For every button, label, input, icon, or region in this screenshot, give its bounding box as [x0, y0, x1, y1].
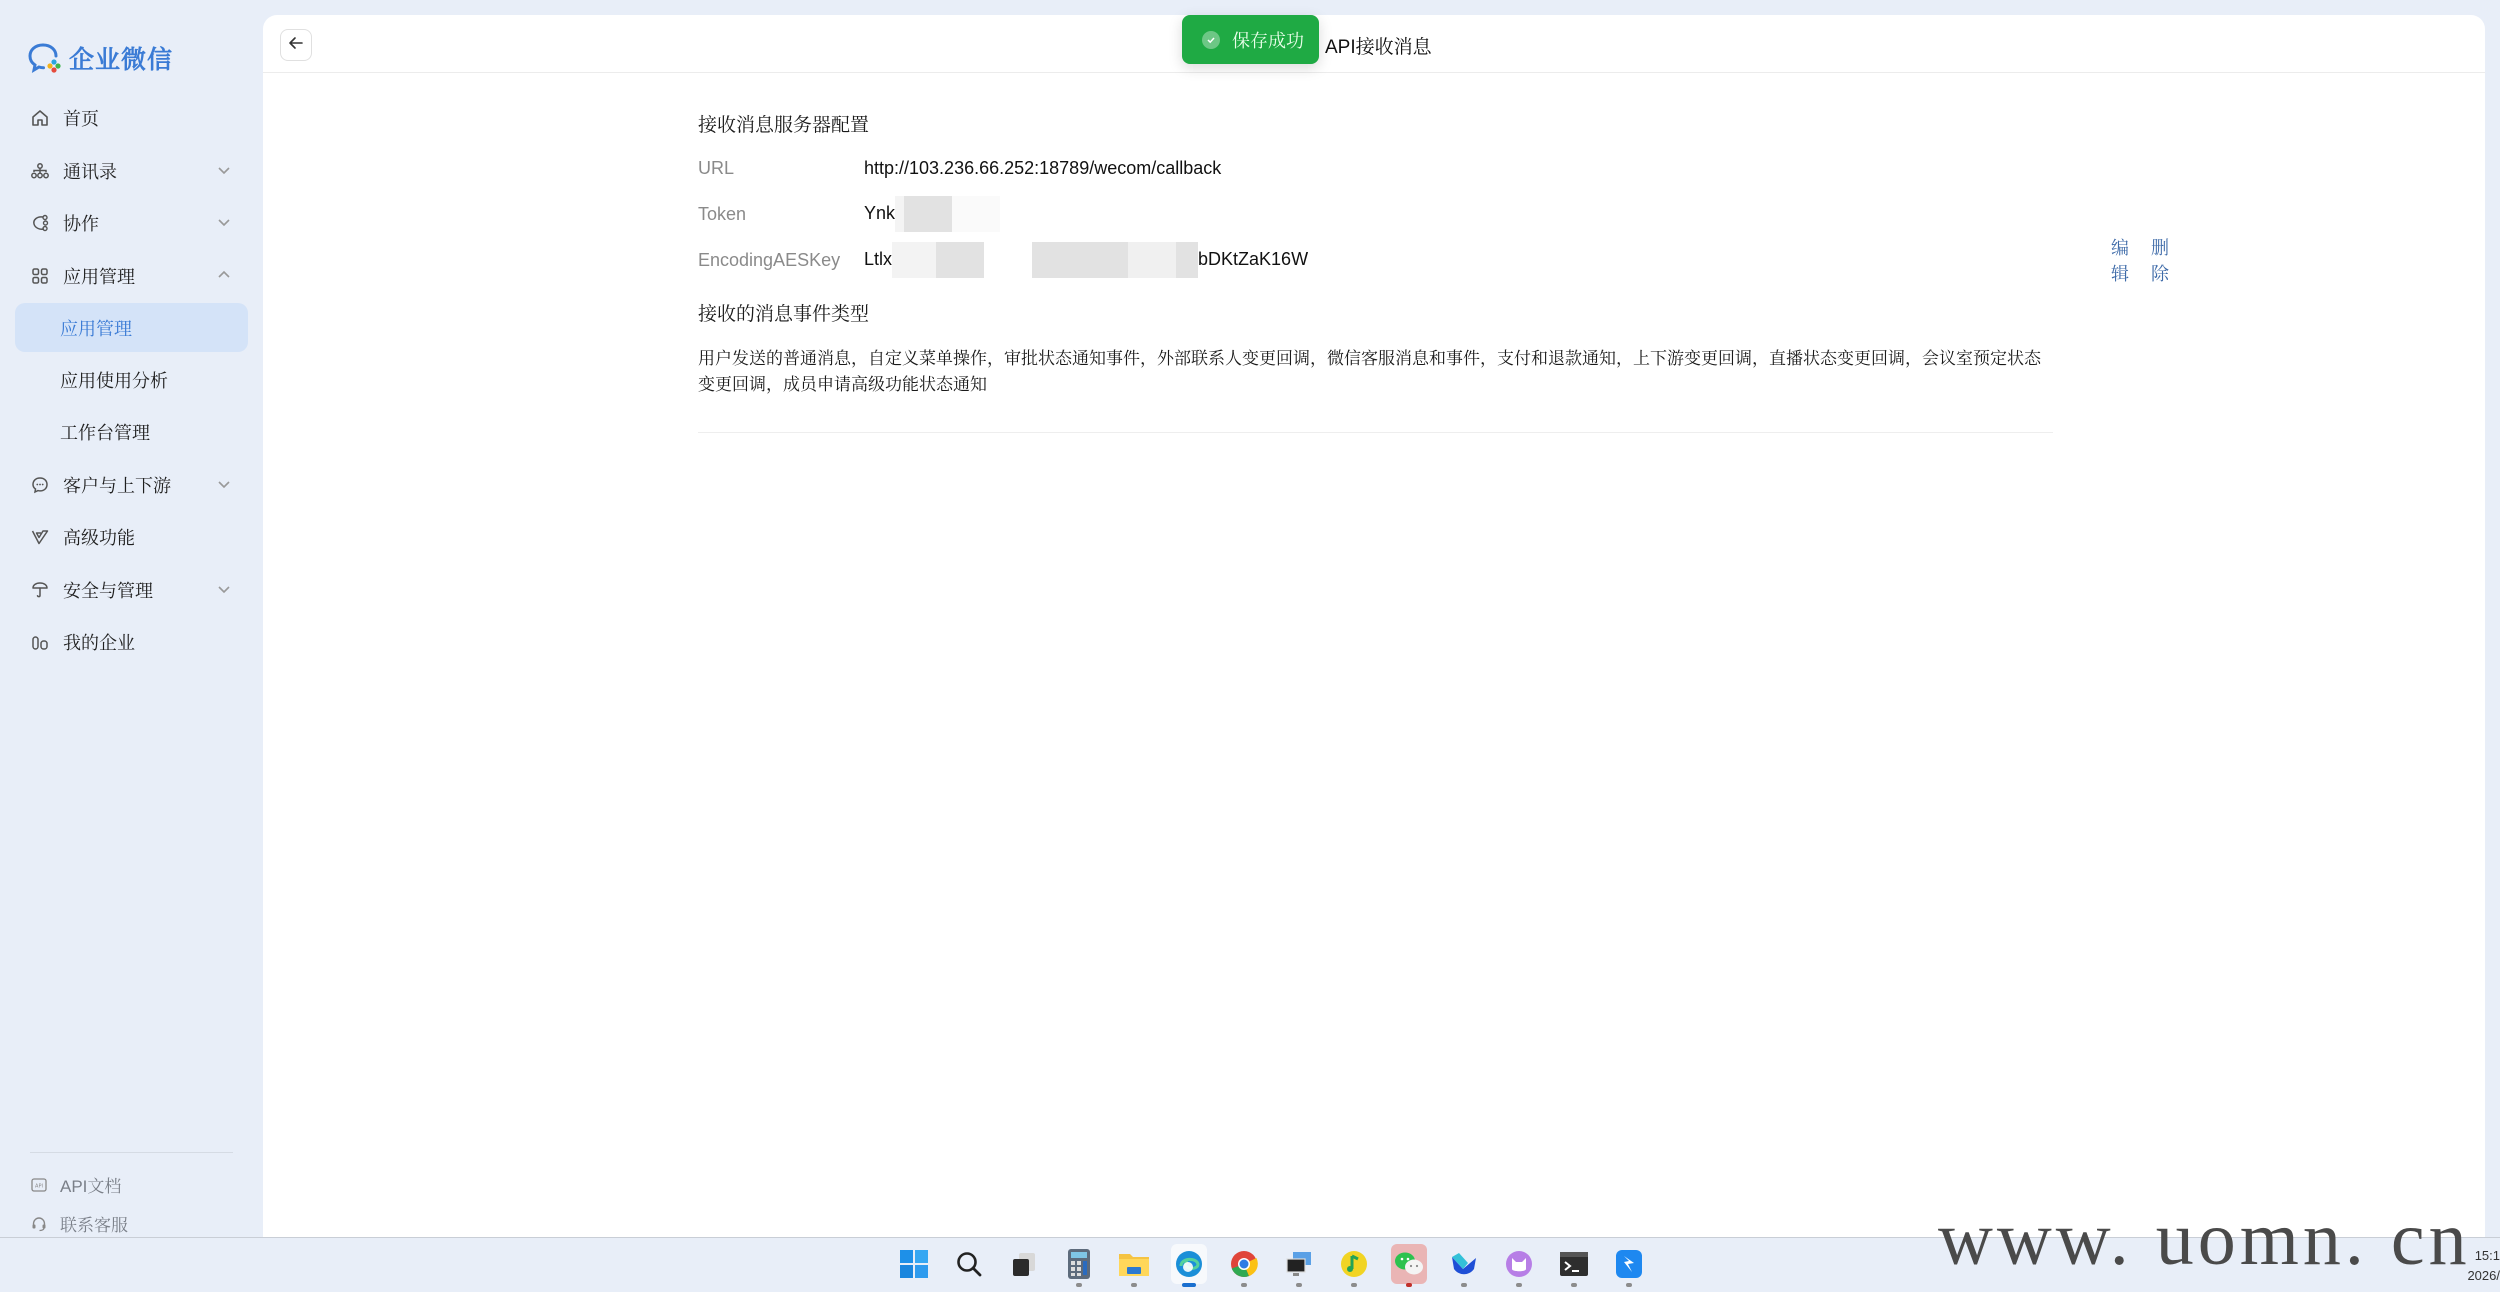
calculator-icon[interactable]: [1061, 1244, 1097, 1284]
api-docs-label: API文档: [60, 1172, 121, 1197]
event-types-title: 接收的消息事件类型: [698, 299, 2053, 326]
advanced-v-icon: [29, 526, 51, 548]
sidebar-item-label: 安全与管理: [63, 577, 153, 603]
chevron-down-icon[interactable]: [214, 474, 234, 494]
sidebar-item-security[interactable]: 安全与管理: [15, 565, 248, 614]
apps-grid-icon: [29, 265, 51, 287]
file-explorer-icon[interactable]: [1116, 1244, 1152, 1284]
edit-link[interactable]: 编辑: [2111, 234, 2129, 286]
token-mask: [904, 196, 952, 232]
sidebar-item-label: 协作: [63, 210, 99, 236]
sidebar-item-customers[interactable]: 客户与上下游: [15, 460, 248, 509]
contact-support-label: 联系客服: [60, 1211, 128, 1236]
wecom-logo-icon: [27, 42, 63, 74]
success-toast: 保存成功: [1182, 15, 1319, 64]
sidebar-item-label: 应用管理: [60, 315, 132, 341]
remote-desktop-icon[interactable]: [1281, 1244, 1317, 1284]
aes-key-prefix: Ltlx: [864, 249, 892, 269]
sidebar-subitem-app-management[interactable]: 应用管理: [15, 303, 248, 352]
url-label: URL: [698, 158, 864, 179]
aes-key-row: EncodingAESKey LtlxbDKtZaK16W 编辑 删除: [698, 237, 2053, 283]
aes-key-mask: [1176, 242, 1198, 278]
headset-icon: [30, 1215, 48, 1233]
sidebar-item-label: 通讯录: [63, 158, 117, 184]
sidebar-item-label: 应用使用分析: [60, 367, 168, 393]
aes-key-value: LtlxbDKtZaK16W: [864, 242, 1308, 278]
sidebar-item-label: 高级功能: [63, 524, 135, 550]
section-divider: [698, 432, 2053, 433]
org-tree-icon: [29, 160, 51, 182]
sidebar-item-label: 工作台管理: [60, 419, 150, 445]
sidebar-item-label: 首页: [63, 105, 99, 131]
sidebar-subitem-workbench-management[interactable]: 工作台管理: [15, 407, 248, 456]
aes-key-suffix: bDKtZaK16W: [1198, 249, 1308, 269]
terminal-icon[interactable]: [1556, 1244, 1592, 1284]
sidebar-divider: [30, 1152, 233, 1153]
contact-support-link[interactable]: 联系客服: [30, 1211, 128, 1236]
collaboration-icon: [29, 212, 51, 234]
feishu-icon[interactable]: [1446, 1244, 1482, 1284]
sidebar-item-collaboration[interactable]: 协作: [15, 198, 248, 247]
check-circle-icon: [1202, 31, 1220, 49]
api-docs-link[interactable]: API API文档: [30, 1172, 121, 1197]
config-actions: 编辑 删除: [2111, 234, 2169, 286]
api-doc-icon: API: [30, 1176, 48, 1194]
sidebar-item-contacts[interactable]: 通讯录: [15, 146, 248, 195]
sidebar-subitem-app-usage-analysis[interactable]: 应用使用分析: [15, 355, 248, 404]
delete-link[interactable]: 删除: [2151, 234, 2169, 286]
chevron-down-icon[interactable]: [214, 579, 234, 599]
system-clock[interactable]: 15:1 2026/: [2460, 1246, 2500, 1286]
toast-message: 保存成功: [1232, 27, 1304, 53]
token-mask: [895, 196, 904, 232]
sidebar-item-label: 客户与上下游: [63, 472, 171, 498]
windows-start-icon[interactable]: [896, 1244, 932, 1284]
aes-key-label: EncodingAESKey: [698, 250, 864, 271]
arrow-left-icon: [288, 35, 304, 56]
logo[interactable]: 企业微信: [27, 40, 173, 76]
os-taskbar: 15:1 2026/: [0, 1237, 2500, 1292]
chrome-browser-icon[interactable]: [1226, 1244, 1262, 1284]
token-row: Token Ynk: [698, 191, 2053, 237]
token-label: Token: [698, 204, 864, 225]
wechat-icon[interactable]: [1391, 1244, 1427, 1284]
url-value: http://103.236.66.252:18789/wecom/callba…: [864, 158, 1221, 179]
search-icon[interactable]: [951, 1244, 987, 1284]
back-button[interactable]: [280, 29, 312, 61]
sidebar-item-label: 我的企业: [63, 629, 135, 655]
aes-key-mask: [892, 242, 936, 278]
chevron-up-icon[interactable]: [214, 265, 234, 285]
umbrella-icon: [29, 579, 51, 601]
url-row: URL http://103.236.66.252:18789/wecom/ca…: [698, 145, 2053, 191]
building-icon: [29, 631, 51, 653]
dingtalk-icon[interactable]: [1611, 1244, 1647, 1284]
aes-key-mask: [936, 242, 984, 278]
config-content: 接收消息服务器配置 URL http://103.236.66.252:1878…: [698, 110, 2053, 433]
cat-app-icon[interactable]: [1501, 1244, 1537, 1284]
sidebar-item-my-enterprise[interactable]: 我的企业: [15, 617, 248, 666]
sidebar-item-home[interactable]: 首页: [15, 93, 248, 142]
taskbar-icons: [896, 1244, 1647, 1284]
chevron-down-icon[interactable]: [214, 160, 234, 180]
chat-bubble-icon: [29, 474, 51, 496]
logo-text: 企业微信: [69, 40, 173, 76]
page-title: API接收消息: [1325, 32, 1432, 59]
svg-text:API: API: [35, 1183, 43, 1189]
sidebar: 企业微信 首页 通讯录 协作 应用管理 应用管理 应用使用分析 工作: [0, 0, 262, 1237]
page-header: API接收消息: [263, 15, 2485, 73]
clock-time: 15:1: [2460, 1246, 2500, 1266]
main-panel: API接收消息 接收消息服务器配置 URL http://103.236.66.…: [263, 15, 2485, 1237]
aes-key-mask: [1128, 242, 1176, 278]
music-app-icon[interactable]: [1336, 1244, 1372, 1284]
aes-key-mask: [984, 242, 1032, 278]
aes-key-mask: [1032, 242, 1128, 278]
token-value-prefix: Ynk: [864, 203, 895, 223]
edge-browser-icon[interactable]: [1171, 1244, 1207, 1284]
server-config-title: 接收消息服务器配置: [698, 110, 2053, 137]
token-value: Ynk: [864, 196, 1000, 232]
clock-date: 2026/: [2460, 1266, 2500, 1286]
sidebar-item-label: 应用管理: [63, 263, 135, 289]
token-mask: [952, 196, 1000, 232]
sidebar-item-app-management[interactable]: 应用管理: [15, 251, 248, 300]
event-types-list: 用户发送的普通消息，自定义菜单操作，审批状态通知事件，外部联系人变更回调，微信客…: [698, 346, 2048, 398]
sidebar-item-advanced[interactable]: 高级功能: [15, 512, 248, 561]
chevron-down-icon[interactable]: [214, 212, 234, 232]
home-icon: [29, 107, 51, 129]
task-view-icon[interactable]: [1006, 1244, 1042, 1284]
